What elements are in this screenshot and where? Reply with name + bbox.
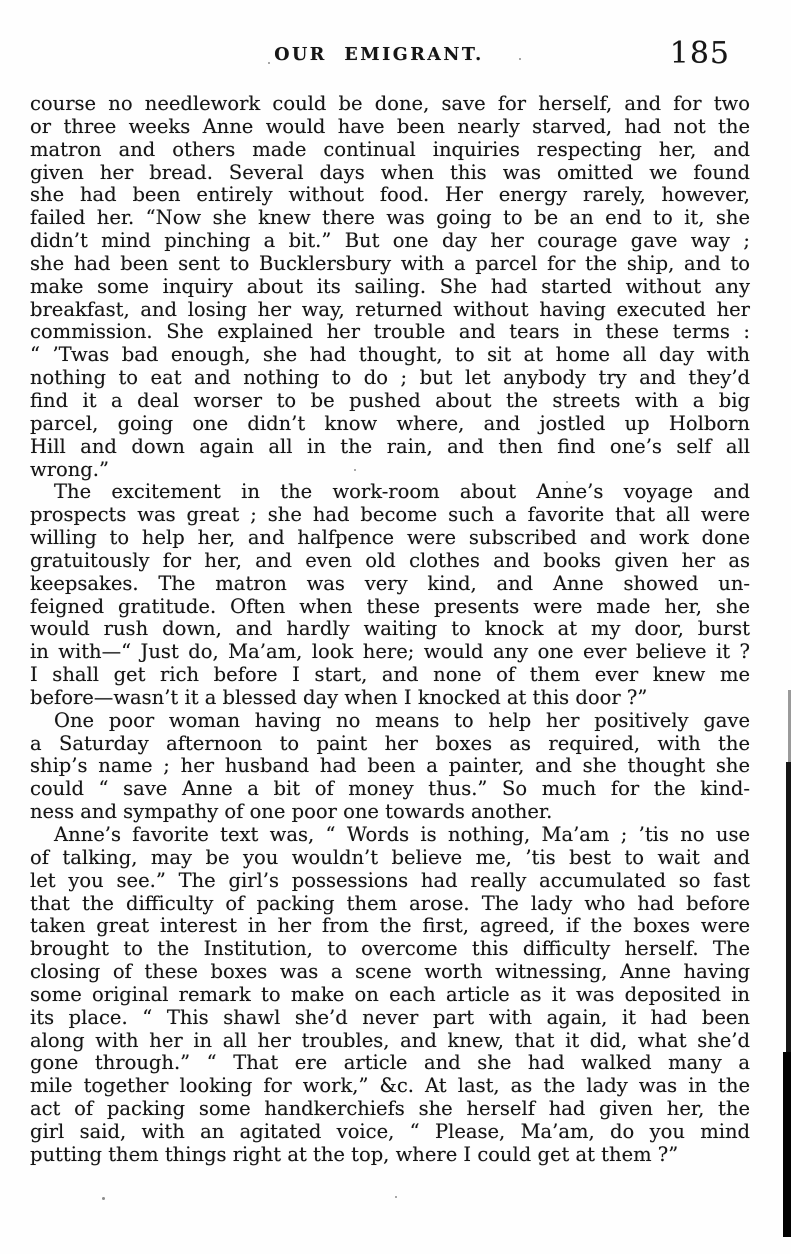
text-line: she had been entirely without food. Her … <box>30 184 750 207</box>
text-line: ship’s name ; her husband had been a pai… <box>30 755 750 778</box>
scan-speck <box>102 1197 105 1200</box>
text-line: along with her in all her troubles, and … <box>30 1030 750 1053</box>
text-line: nothing to eat and nothing to do ; but l… <box>30 367 750 390</box>
text-line: “ ’Twas bad enough, she had thought, to … <box>30 344 750 367</box>
text-line: Anne’s favorite text was, “ Words is not… <box>30 824 750 847</box>
text-line: make some inquiry about its sailing. She… <box>30 276 750 299</box>
text-line: or three weeks Anne would have been near… <box>30 116 750 139</box>
text-line: act of packing some handkerchiefs she he… <box>30 1098 750 1121</box>
scan-speck <box>519 58 521 60</box>
text-line: mile together looking for work,” &c. At … <box>30 1075 750 1098</box>
text-line: its place. “ This shawl she’d never part… <box>30 1007 750 1030</box>
text-line: ness and sympathy of one poor one toward… <box>30 801 750 824</box>
text-line: I shall get rich before I start, and non… <box>30 664 750 687</box>
scan-edge-artifact <box>783 1052 791 1237</box>
text-line: gratuitously for her, and even old cloth… <box>30 550 750 573</box>
text-line: would rush down, and hardly waiting to k… <box>30 618 750 641</box>
text-line: brought to the Institution, to overcome … <box>30 938 750 961</box>
text-line: taken great interest in her from the fir… <box>30 915 750 938</box>
scan-speck <box>130 1153 132 1155</box>
text-line: before—wasn’t it a blessed day when I kn… <box>30 687 750 710</box>
text-line: wrong.” <box>30 459 750 482</box>
text-line: Hill and down again all in the rain, and… <box>30 436 750 459</box>
text-line: The excitement in the work-room about An… <box>30 481 750 504</box>
scan-speck <box>395 1196 397 1198</box>
running-title: OUR EMIGRANT. <box>30 45 750 65</box>
text-line: a Saturday afternoon to paint her boxes … <box>30 733 750 756</box>
page-text-block: course no needlework could be done, save… <box>30 93 750 1167</box>
text-line: girl said, with an agitated voice, “ Ple… <box>30 1121 750 1144</box>
scan-edge-artifact <box>786 762 791 1058</box>
page-number: 185 <box>670 36 730 71</box>
text-line: some original remark to make on each art… <box>30 984 750 1007</box>
scan-speck <box>354 469 356 471</box>
text-line: could “ save Anne a bit of money thus.” … <box>30 778 750 801</box>
text-line: in with—“ Just do, Ma’am, look here; wou… <box>30 641 750 664</box>
text-line: parcel, going one didn’t know where, and… <box>30 413 750 436</box>
text-line: she had been sent to Bucklersbury with a… <box>30 253 750 276</box>
paragraph: Anne’s favorite text was, “ Words is not… <box>30 824 750 1167</box>
text-line: putting them things right at the top, wh… <box>30 1144 750 1167</box>
scan-speck <box>566 481 568 483</box>
text-line: of talking, may be you wouldn’t believe … <box>30 847 750 870</box>
paragraph: One poor woman having no means to help h… <box>30 710 750 824</box>
text-line: that the difficulty of packing them aros… <box>30 893 750 916</box>
text-line: feigned gratitude. Often when these pres… <box>30 596 750 619</box>
text-line: breakfast, and losing her way, returned … <box>30 299 750 322</box>
text-line: keepsakes. The matron was very kind, and… <box>30 573 750 596</box>
text-line: One poor woman having no means to help h… <box>30 710 750 733</box>
text-line: willing to help her, and halfpence were … <box>30 527 750 550</box>
paragraph: course no needlework could be done, save… <box>30 93 750 481</box>
text-line: matron and others made continual inquiri… <box>30 139 750 162</box>
text-line: gone through.” “ That ere article and sh… <box>30 1052 750 1075</box>
text-line: closing of these boxes was a scene worth… <box>30 961 750 984</box>
text-line: find it a deal worser to be pushed about… <box>30 390 750 413</box>
text-line: commission. She explained her trouble an… <box>30 321 750 344</box>
text-line: given her bread. Several days when this … <box>30 162 750 185</box>
text-line: let you see.” The girl’s possessions had… <box>30 870 750 893</box>
text-line: failed her. “Now she knew there was goin… <box>30 207 750 230</box>
text-line: prospects was great ; she had become suc… <box>30 504 750 527</box>
text-line: course no needlework could be done, save… <box>30 93 750 116</box>
scan-speck <box>268 62 270 64</box>
text-line: didn’t mind pinching a bit.” But one day… <box>30 230 750 253</box>
paragraph: The excitement in the work-room about An… <box>30 481 750 709</box>
book-page: OUR EMIGRANT. 185 course no needlework c… <box>0 0 791 1254</box>
